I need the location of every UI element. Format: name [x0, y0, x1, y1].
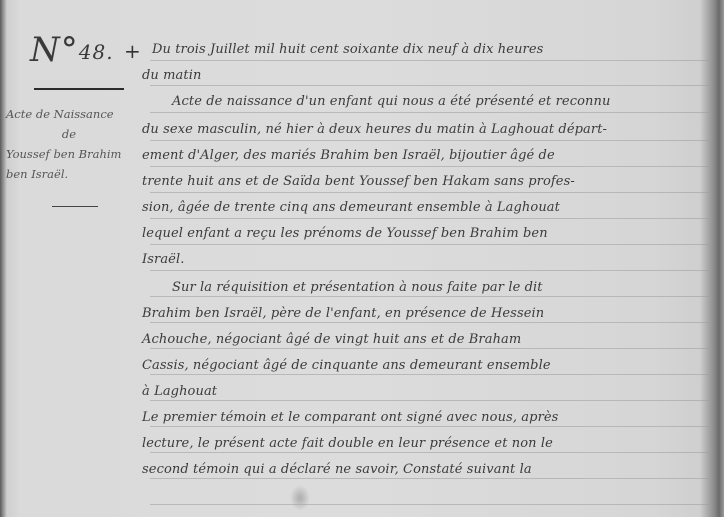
act-number-underline	[34, 88, 124, 90]
ruled-line	[150, 504, 710, 505]
ruled-line	[150, 452, 710, 453]
act-number-value: 48.	[79, 40, 114, 64]
ruled-line	[150, 218, 710, 219]
ruled-line	[150, 244, 710, 245]
body-line: Achouche, négociant âgé de vingt huit an…	[142, 332, 521, 347]
ruled-line	[150, 60, 710, 61]
margin-title-underline	[52, 206, 98, 207]
margin-title-line: Youssef ben Brahim	[4, 144, 134, 164]
margin-title-line: de	[4, 124, 134, 144]
body-line: trente huit ans et de Saïda bent Youssef…	[142, 174, 575, 189]
act-number-prefix: N°	[30, 30, 79, 70]
register-page: N°48. Acte de Naissance de Youssef ben B…	[0, 0, 724, 517]
ruled-line	[150, 166, 710, 167]
ruled-line	[150, 374, 710, 375]
body-line: Brahim ben Israël, père de l'enfant, en …	[142, 306, 544, 321]
body-line: Sur la réquisition et présentation à nou…	[172, 280, 543, 295]
ink-smudge	[290, 485, 310, 511]
body-line: Le premier témoin et le comparant ont si…	[142, 410, 558, 425]
ruled-line	[150, 400, 710, 401]
body-line: lequel enfant a reçu les prénoms de Yous…	[142, 226, 548, 241]
body-line: du matin	[142, 68, 201, 83]
body-line: Acte de naissance d'un enfant qui nous a…	[172, 94, 610, 109]
ruled-line	[150, 348, 710, 349]
body-line: lecture, le présent acte fait double en …	[142, 436, 553, 451]
margin-title-line: ben Israël.	[4, 164, 134, 184]
ruled-line	[150, 296, 710, 297]
body-line: sion, âgée de trente cinq ans demeurant …	[142, 200, 560, 215]
ruled-line	[150, 85, 710, 86]
ruled-line	[150, 192, 710, 193]
body-line: ement d'Alger, des mariés Brahim ben Isr…	[142, 148, 555, 163]
body-line: à Laghouat	[142, 384, 217, 399]
body-line: Du trois Juillet mil huit cent soixante …	[152, 42, 543, 57]
ruled-line	[150, 140, 710, 141]
act-number: N°48.	[30, 30, 114, 70]
ruled-line	[150, 270, 710, 271]
ruled-line	[150, 478, 710, 479]
ruled-line	[150, 112, 710, 113]
body-line: Israël.	[142, 252, 184, 267]
body-line: second témoin qui a déclaré ne savoir, C…	[142, 462, 532, 477]
cross-mark: +	[124, 39, 141, 63]
margin-column: N°48. Acte de Naissance de Youssef ben B…	[0, 0, 140, 517]
ruled-line	[150, 322, 710, 323]
ruled-line	[150, 426, 710, 427]
margin-act-title: Acte de Naissance de Youssef ben Brahim …	[4, 104, 134, 184]
body-line: du sexe masculin, né hier à deux heures …	[142, 122, 607, 137]
margin-title-line: Acte de Naissance	[4, 104, 134, 124]
body-line: Cassis, négociant âgé de cinquante ans d…	[142, 358, 551, 373]
